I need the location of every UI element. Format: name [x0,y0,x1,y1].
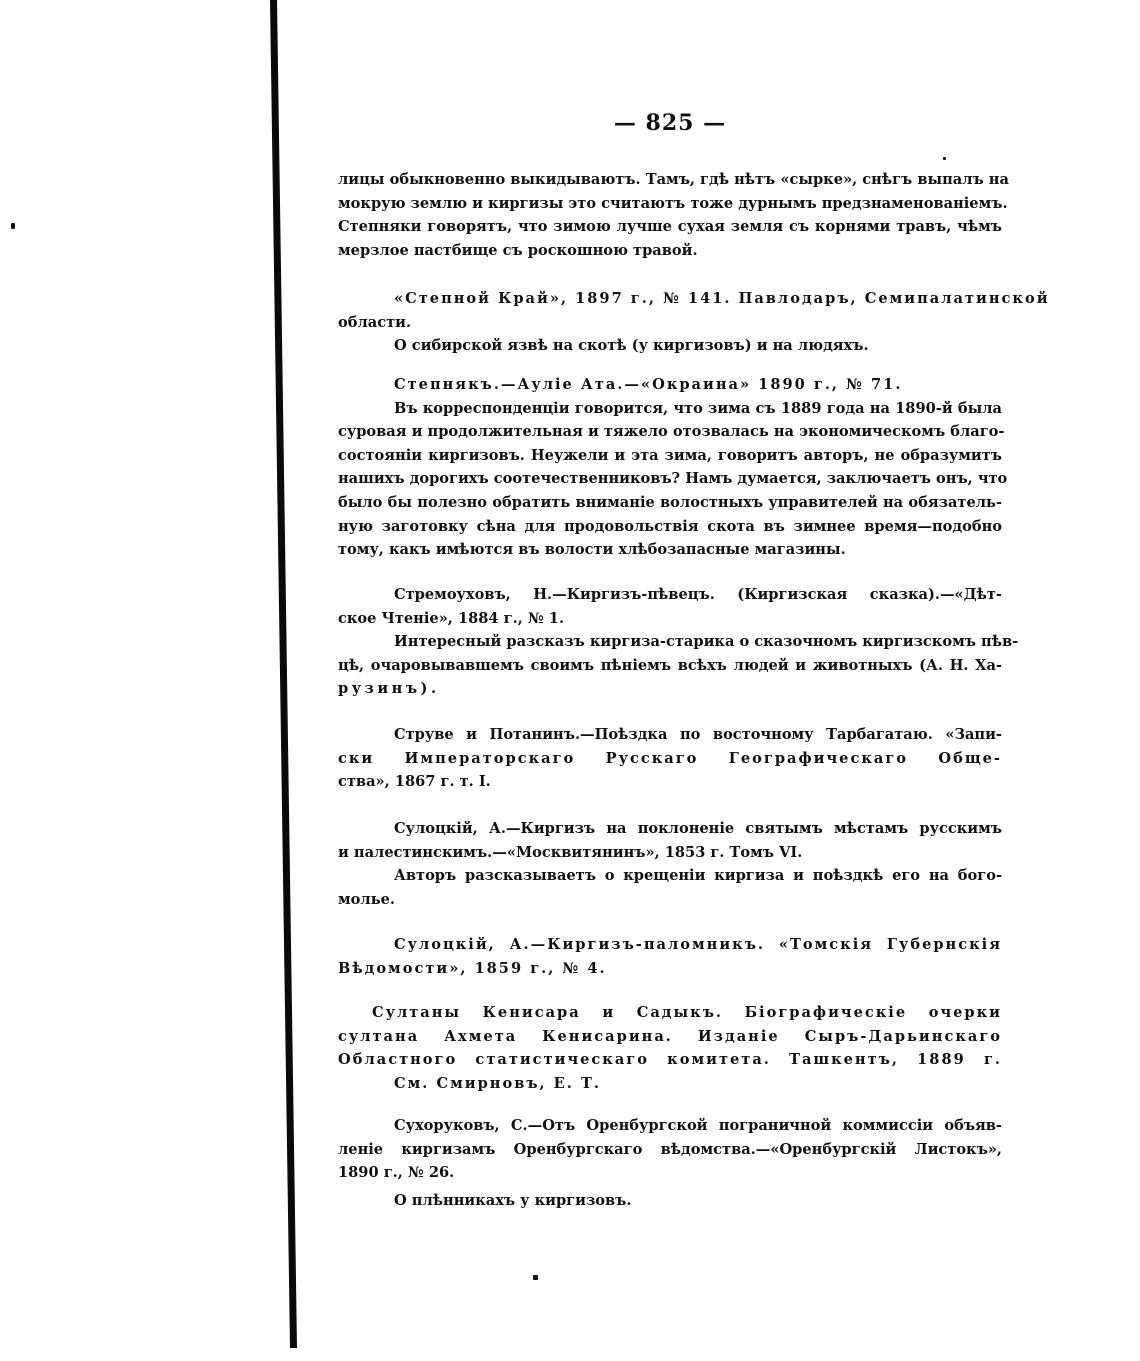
citation-line: и палестинскимъ.—«Москвитянинъ», 1853 г.… [338,841,1002,865]
citation-line: ства», 1867 г. т. I. [338,770,1002,794]
scan-margin-rule [270,0,297,1348]
citation-line: Вѣдомости», 1859 г., № 4. [338,957,1002,981]
bibliography-entry: Степнякъ.—Аулiе Ата.—«Окраина» 1890 г., … [338,373,1002,562]
scan-speck [533,1275,538,1280]
citation-line: Сухоруковъ, С.—Отъ Оренбургской погранич… [338,1114,1002,1138]
citation-line: Областного статистическаго комитета. Таш… [338,1048,1002,1072]
annotation-line: Интересный разсказъ киргиза-старика о ск… [338,630,1002,654]
annotation-line: рузинъ). [338,677,1002,701]
citation-line: Султаны Кенисара и Садыкъ. Біографическі… [338,1001,1002,1025]
cross-reference-line: См. Смирновъ, Е. Т. [338,1072,1002,1096]
annotation-line: состояніи киргизовъ. Неужели и эта зима,… [338,444,1002,468]
paragraph-continuation: лицы обыкновенно выкидываютъ. Тамъ, гдѣ … [338,168,1002,262]
annotation-line: О плѣнникахъ у киргизовъ. [338,1189,1002,1213]
citation-line: леніе киргизамъ Оренбургскаго вѣдомства.… [338,1138,1002,1162]
bibliography-entry: «Степной Край», 1897 г., № 141. Павлодар… [338,287,1002,358]
bibliography-entry: Стремоуховъ, Н.—Киргизъ-пѣвецъ. (Киргизс… [338,583,1002,701]
text-line: Степняки говорятъ, что зимою лучше сухая… [338,215,1002,239]
bibliography-entry: Струве и Потанинъ.—Поѣздка по восточному… [338,723,1002,794]
annotation-line: Авторъ разсказываетъ о крещеніи киргиза … [338,864,1002,888]
citation-line: Струве и Потанинъ.—Поѣздка по восточному… [338,723,1002,747]
citation-line: «Степной Край», 1897 г., № 141. Павлодар… [338,287,1002,311]
bibliography-entry: Сухоруковъ, С.—Отъ Оренбургской погранич… [338,1114,1002,1212]
annotation-line: ную заготовку сѣна для продовольствія ск… [338,515,1002,539]
text-line: мерзлое пастбище съ роскошною травой. [338,239,1002,263]
page-number: — 825 — [338,110,1002,136]
scan-speck [11,223,15,229]
annotation-line: тому, какъ имѣются въ волости хлѣбозапас… [338,538,1002,562]
citation-line: ское Чтеніе», 1884 г., № 1. [338,607,1002,631]
text-line: лицы обыкновенно выкидываютъ. Тамъ, гдѣ … [338,168,1002,192]
text-line: мокрую землю и киргизы это считаютъ тоже… [338,192,1002,216]
annotation-line: Въ корреспонденціи говорится, что зима с… [338,397,1002,421]
annotation-line: нашихъ дорогихъ соотечественниковъ? Намъ… [338,467,1002,491]
citation-line: Сулоцкій, А.—Киргизъ на поклоненіе святы… [338,817,1002,841]
annotation-line: было бы полезно обратить вниманіе волост… [338,491,1002,515]
citation-line: ски Императорскаго Русскаго Географическ… [338,747,1002,771]
citation-line: Сулоцкій, А.—Киргизъ-паломникъ. «Томскія… [338,933,1002,957]
citation-line: области. [338,311,1002,335]
citation-line: Стремоуховъ, Н.—Киргизъ-пѣвецъ. (Киргизс… [338,583,1002,607]
bibliography-entry: Сулоцкій, А.—Киргизъ на поклоненіе святы… [338,817,1002,911]
bibliography-entry: Султаны Кенисара и Садыкъ. Біографическі… [338,1001,1002,1095]
annotation-line: суровая и продолжительная и тяжело отозв… [338,420,1002,444]
citation-line: султана Ахмета Кенисарина. Изданіе Сыръ-… [338,1025,1002,1049]
annotation-line: молье. [338,888,1002,912]
bibliography-entry: Сулоцкій, А.—Киргизъ-паломникъ. «Томскія… [338,933,1002,980]
citation-line: 1890 г., № 26. [338,1161,1002,1185]
scan-speck [943,157,946,160]
citation-line: Степнякъ.—Аулiе Ата.—«Окраина» 1890 г., … [338,373,1002,397]
annotation-line: цѣ, очаровывавшемъ своимъ пѣніемъ всѣхъ … [338,654,1002,678]
annotation-line: О сибирской язвѣ на скотѣ (у киргизовъ) … [338,334,1002,358]
